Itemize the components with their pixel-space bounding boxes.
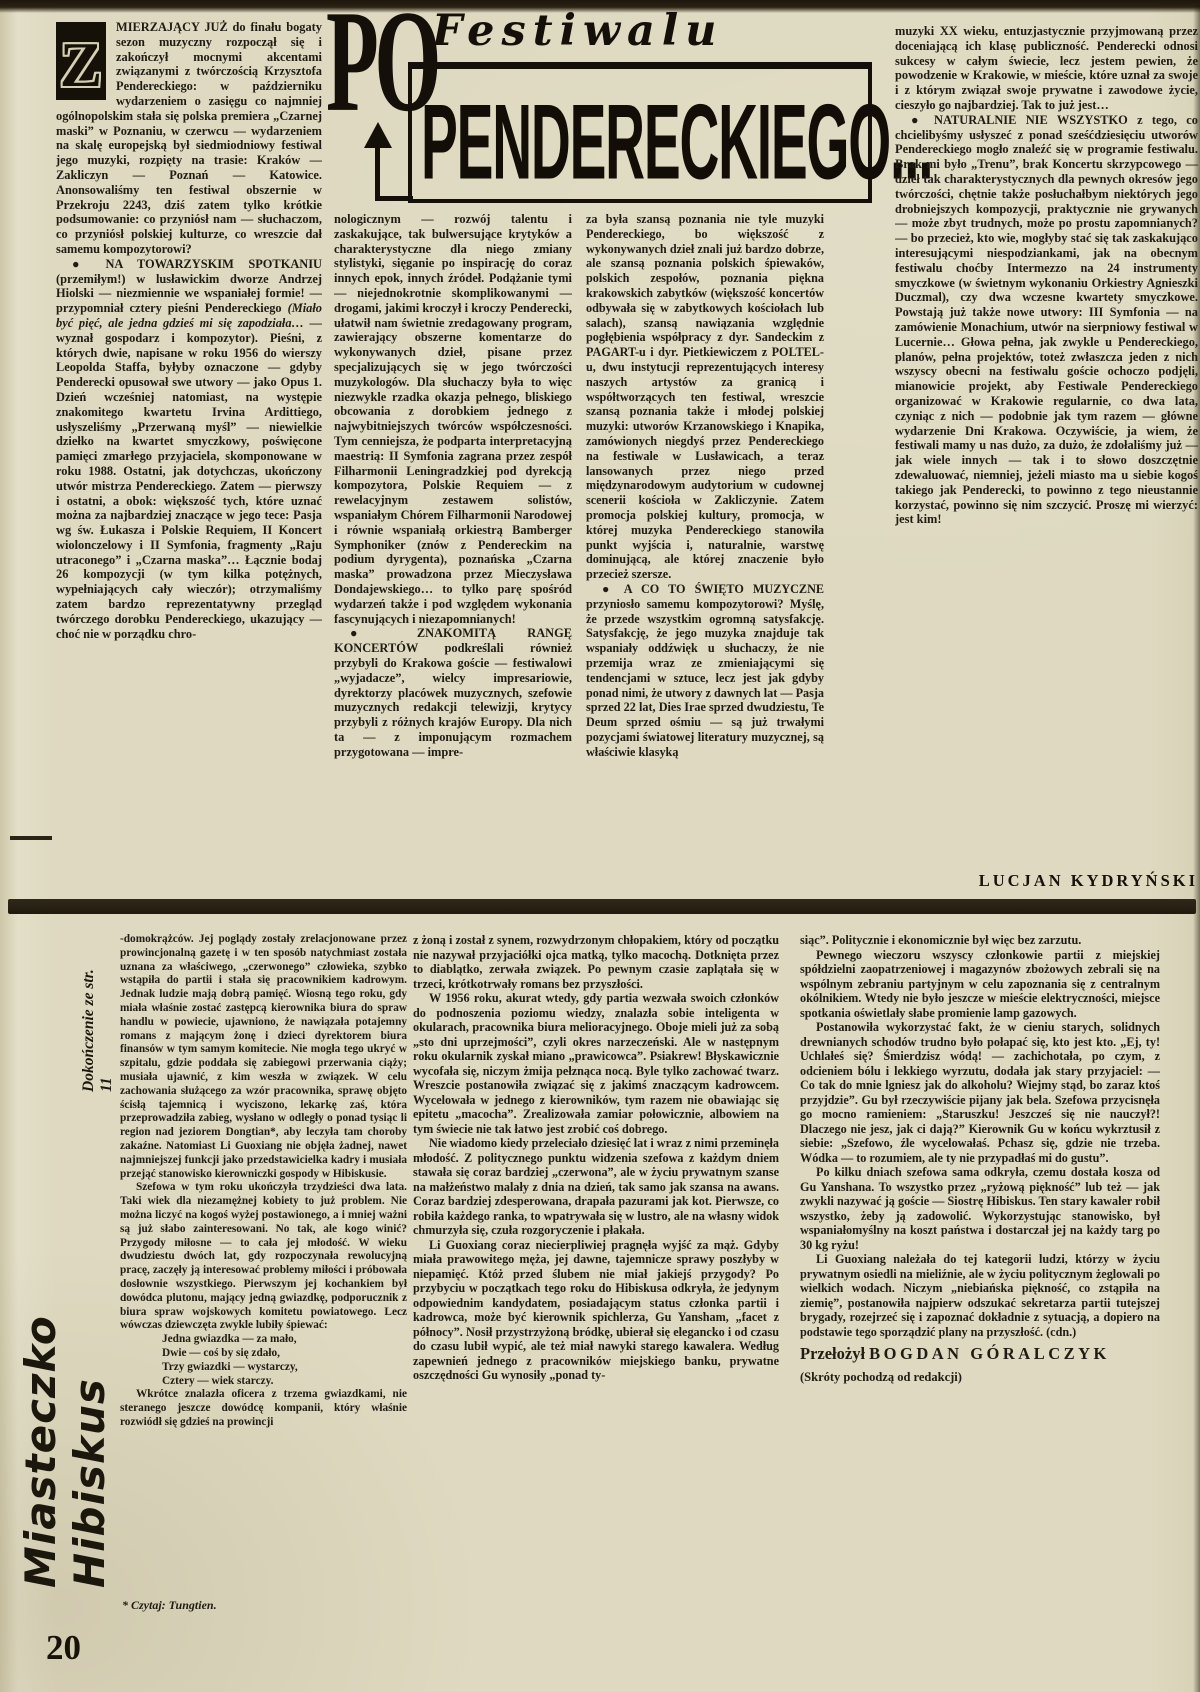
paragraph: -domokrążców. Jej poglądy zostały zrelac… (120, 933, 407, 1181)
editors-note: (Skróty pochodzą od redakcji) (800, 1370, 1160, 1385)
paragraph: Postanowiła wykorzystać fakt, że w cieni… (800, 1020, 1160, 1165)
continuation-note-vertical: Dokończenie ze str. 11 (80, 952, 116, 1092)
bottom-article-column-2: z żoną i został z synem, rozwydrzonym ch… (413, 933, 779, 1625)
bottom-article-column-1: -domokrążców. Jej poglądy zostały zrelac… (120, 933, 407, 1603)
verse-line: Jedna gwiazdka — za mało, (120, 1333, 407, 1347)
paragraph: Li Guoxiang coraz niecierpliwiej pragnęł… (413, 1238, 779, 1383)
page-number: 20 (46, 1628, 81, 1668)
paragraph: ● NA TOWARZYSKIM SPOTKANIU (przemiłym!) … (56, 257, 322, 642)
drop-cap-box: Z (56, 22, 106, 100)
paragraph: siąc”. Politycznie i ekonomicznie był wi… (800, 933, 1160, 948)
paragraph: Szefowa w tym roku ukończyła trzydzieści… (120, 1181, 407, 1333)
drop-cap-letter: Z (60, 38, 103, 100)
paragraph: z żoną i został z synem, rozwydrzonym ch… (413, 933, 779, 991)
top-article-column-2: nologicznym — rozwój talentu i zaskakują… (334, 212, 572, 896)
footnote: * Czytaj: Tungtien. (122, 1598, 217, 1613)
paragraph: nologicznym — rozwój talentu i zaskakują… (334, 212, 572, 626)
paragraph: Li Guoxiang należała do tej kategorii lu… (800, 1252, 1160, 1339)
headline-main-title: PENDERECKIEGO... (421, 89, 932, 196)
paragraph: ● A CO TO ŚWIĘTO MUZYCZNE przyniosło sam… (586, 582, 824, 760)
verse-line: Trzy gwiazdki — wystarczy, (120, 1361, 407, 1375)
verse-line: Dwie — coś by się zdało, (120, 1347, 407, 1361)
paragraph: muzyki XX wieku, entuzjastycznie przyjmo… (895, 24, 1198, 113)
paragraph: Wkrótce znalazła oficera z trzema gwiazd… (120, 1388, 407, 1429)
paragraph: W 1956 roku, akurat wtedy, gdy partia we… (413, 991, 779, 1136)
paragraph: Po kilku dniach szefowa sama odkryła, cz… (800, 1165, 1160, 1252)
paragraph: ● NATURALNIE NIE WSZYSTKO z tego, co chc… (895, 113, 1198, 527)
translator-credit: Przełożył BOGDAN GÓRALCZYK (800, 1347, 1160, 1362)
section-divider-bar (8, 899, 1196, 914)
author-byline: LUCJAN KYDRYŃSKI (960, 871, 1198, 891)
magazine-page: PO Festiwalu PENDERECKIEGO... Z MIERZAJĄ… (0, 0, 1200, 1692)
paragraph: za była szansą poznania nie tyle muzyki … (586, 212, 824, 582)
paragraph: Pewnego wieczoru wszyscy członkowie part… (800, 948, 1160, 1021)
paragraph: Nie wiadomo kiedy przeleciało dziesięć l… (413, 1136, 779, 1238)
bottom-article-column-3: siąc”. Politycznie i ekonomicznie był wi… (800, 933, 1160, 1633)
top-article-column-1: Z MIERZAJĄCY JUŻ do finału bogaty sezon … (56, 20, 322, 896)
bottom-article-title-vertical: Miasteczko Hibiskus (16, 1092, 114, 1588)
headline-box: PENDERECKIEGO... (408, 62, 872, 203)
top-article-column-3: za była szansą poznania nie tyle muzyki … (586, 212, 824, 896)
paragraph: Z MIERZAJĄCY JUŻ do finału bogaty sezon … (56, 20, 322, 257)
headline-script-title: Festiwalu (432, 6, 723, 56)
paragraph: ● ZNAKOMITĄ RANGĘ KONCERTÓW podkreślali … (334, 626, 572, 759)
top-article-column-4: muzyki XX wieku, entuzjastycznie przyjmo… (895, 24, 1198, 870)
verse-line: Cztery — wiek starczy. (120, 1375, 407, 1389)
margin-mark (10, 836, 52, 840)
